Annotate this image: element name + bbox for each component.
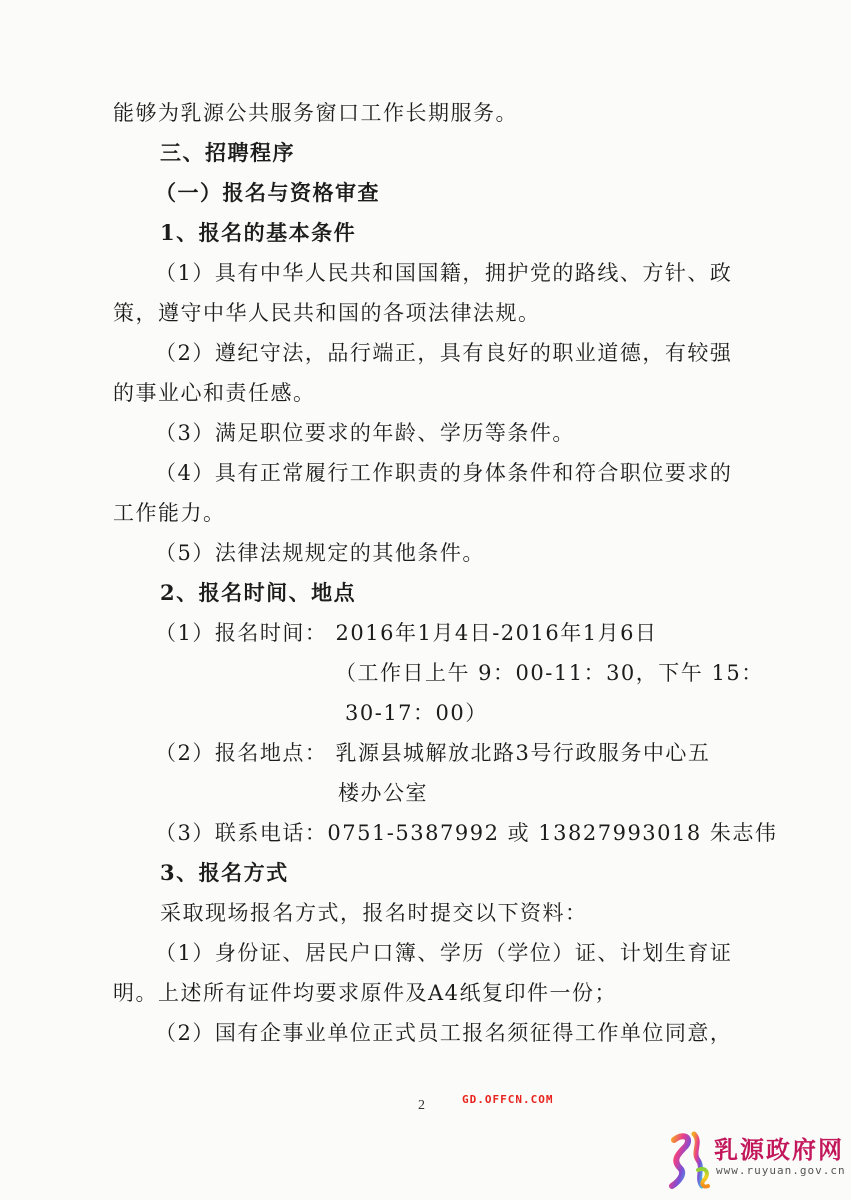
ruyuan-gov-logo: 乳源政府网 www.ruyuan.gov.cn: [668, 1128, 848, 1194]
section-heading: 1、报名的基本条件: [160, 219, 356, 247]
text-line: （2）报名地点： 乳源县城解放北路3号行政服务中心五: [155, 739, 710, 767]
site-url: www.ruyuan.gov.cn: [716, 1164, 846, 1177]
text-line: 工作能力。: [113, 499, 226, 527]
text-line: （5）法律法规规定的其他条件。: [155, 539, 485, 567]
text-line: （1）身份证、居民户口簿、学历（学位）证、计划生育证: [155, 939, 732, 967]
section-heading: 三、招聘程序: [160, 139, 295, 167]
text-line: 楼办公室: [338, 779, 428, 807]
site-title: 乳源政府网: [714, 1130, 844, 1165]
text-line: 明。上述所有证件均要求原件及A4纸复印件一份；: [113, 979, 617, 1007]
text-line: 策，遵守中华人民共和国的各项法律法规。: [113, 299, 541, 327]
text-line: （1）报名时间： 2016年1月4日-2016年1月6日: [155, 619, 657, 647]
section-heading: 3、报名方式: [160, 859, 289, 887]
text-line: （1）具有中华人民共和国国籍，拥护党的路线、方针、政: [155, 259, 732, 287]
text-line: （3）满足职位要求的年龄、学历等条件。: [155, 419, 575, 447]
text-line: （2）遵纪守法，品行端正，具有良好的职业道德，有较强: [155, 339, 732, 367]
text-line: （3）联系电话：0751-5387992 或 13827993018 朱志伟: [155, 819, 777, 847]
text-line: （4）具有正常履行工作职责的身体条件和符合职位要求的: [155, 459, 732, 487]
text-line: （工作日上午 9：00-11：30，下午 15：: [335, 659, 764, 687]
page-number: 2: [418, 1098, 425, 1114]
offcn-watermark: GD.OFFCN.COM: [462, 1093, 553, 1106]
text-line: 采取现场报名方式，报名时提交以下资料：: [160, 899, 588, 927]
text-line: 30-17：00）: [345, 699, 488, 727]
section-heading: 2、报名时间、地点: [160, 579, 356, 607]
text-line: （2）国有企事业单位正式员工报名须征得工作单位同意，: [155, 1019, 732, 1047]
section-heading: （一）报名与资格审查: [155, 179, 380, 207]
text-line: 的事业心和责任感。: [113, 379, 316, 407]
text-line: 能够为乳源公共服务窗口工作长期服务。: [113, 99, 518, 127]
dragon-logo-icon: [668, 1130, 712, 1190]
